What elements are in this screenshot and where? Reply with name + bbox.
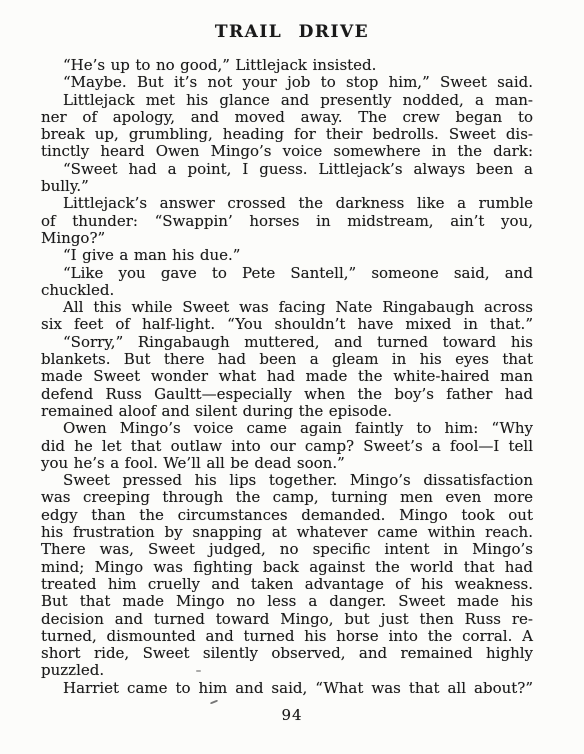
text-line: puzzled. bbox=[41, 662, 533, 679]
text-line: blankets. But there had been a gleam in … bbox=[41, 351, 533, 368]
text-line: you he’s a fool. We’ll all be dead soon.… bbox=[41, 455, 533, 472]
scan-artifact bbox=[210, 700, 218, 705]
text-line: made Sweet wonder what had made the whit… bbox=[41, 368, 533, 385]
body-text: “He’s up to no good,” Littlejack insiste… bbox=[41, 57, 533, 697]
text-line: “Maybe. But it’s not your job to stop hi… bbox=[41, 74, 533, 91]
text-line: defend Russ Gaultt—especially when the b… bbox=[41, 386, 533, 403]
text-line: tinctly heard Owen Mingo’s voice somewhe… bbox=[41, 143, 533, 160]
text-line: of thunder: “Swappin’ horses in midstrea… bbox=[41, 213, 533, 230]
scan-artifact bbox=[196, 670, 201, 672]
text-line: All this while Sweet was facing Nate Rin… bbox=[41, 299, 533, 316]
text-line: But that made Mingo no less a danger. Sw… bbox=[41, 593, 533, 610]
page-number: 94 bbox=[0, 706, 584, 724]
text-line: “I give a man his due.” bbox=[41, 247, 533, 264]
text-line: six feet of half-light. “You shouldn’t h… bbox=[41, 316, 533, 333]
text-line: turned, dismounted and turned his horse … bbox=[41, 628, 533, 645]
text-line: “Sorry,” Ringabaugh muttered, and turned… bbox=[41, 334, 533, 351]
text-line: did he let that outlaw into our camp? Sw… bbox=[41, 438, 533, 455]
text-line: decision and turned toward Mingo, but ju… bbox=[41, 611, 533, 628]
text-line: Owen Mingo’s voice came again faintly to… bbox=[41, 420, 533, 437]
book-page: TRAIL DRIVE “He’s up to no good,” Little… bbox=[0, 0, 584, 754]
text-line: “Like you gave to Pete Santell,” someone… bbox=[41, 265, 533, 282]
text-line: remained aloof and silent during the epi… bbox=[41, 403, 533, 420]
text-line: Harriet came to him and said, “What was … bbox=[41, 680, 533, 697]
text-line: edgy than the circumstances demanded. Mi… bbox=[41, 507, 533, 524]
text-line: Mingo?” bbox=[41, 230, 533, 247]
text-line: Littlejack met his glance and presently … bbox=[41, 92, 533, 109]
text-line: “Sweet had a point, I guess. Littlejack’… bbox=[41, 161, 533, 178]
text-line: his frustration by snapping at whatever … bbox=[41, 524, 533, 541]
text-line: ner of apology, and moved away. The crew… bbox=[41, 109, 533, 126]
text-line: Littlejack’s answer crossed the darkness… bbox=[41, 195, 533, 212]
running-head: TRAIL DRIVE bbox=[0, 22, 584, 42]
text-line: bully.” bbox=[41, 178, 533, 195]
text-line: “He’s up to no good,” Littlejack insiste… bbox=[41, 57, 533, 74]
text-line: was creeping through the camp, turning m… bbox=[41, 489, 533, 506]
text-line: break up, grumbling, heading for their b… bbox=[41, 126, 533, 143]
text-line: treated him cruelly and taken advantage … bbox=[41, 576, 533, 593]
text-line: short ride, Sweet silently observed, and… bbox=[41, 645, 533, 662]
text-line: Sweet pressed his lips together. Mingo’s… bbox=[41, 472, 533, 489]
text-line: There was, Sweet judged, no specific int… bbox=[41, 541, 533, 558]
text-line: chuckled. bbox=[41, 282, 533, 299]
text-line: mind; Mingo was fighting back against th… bbox=[41, 559, 533, 576]
